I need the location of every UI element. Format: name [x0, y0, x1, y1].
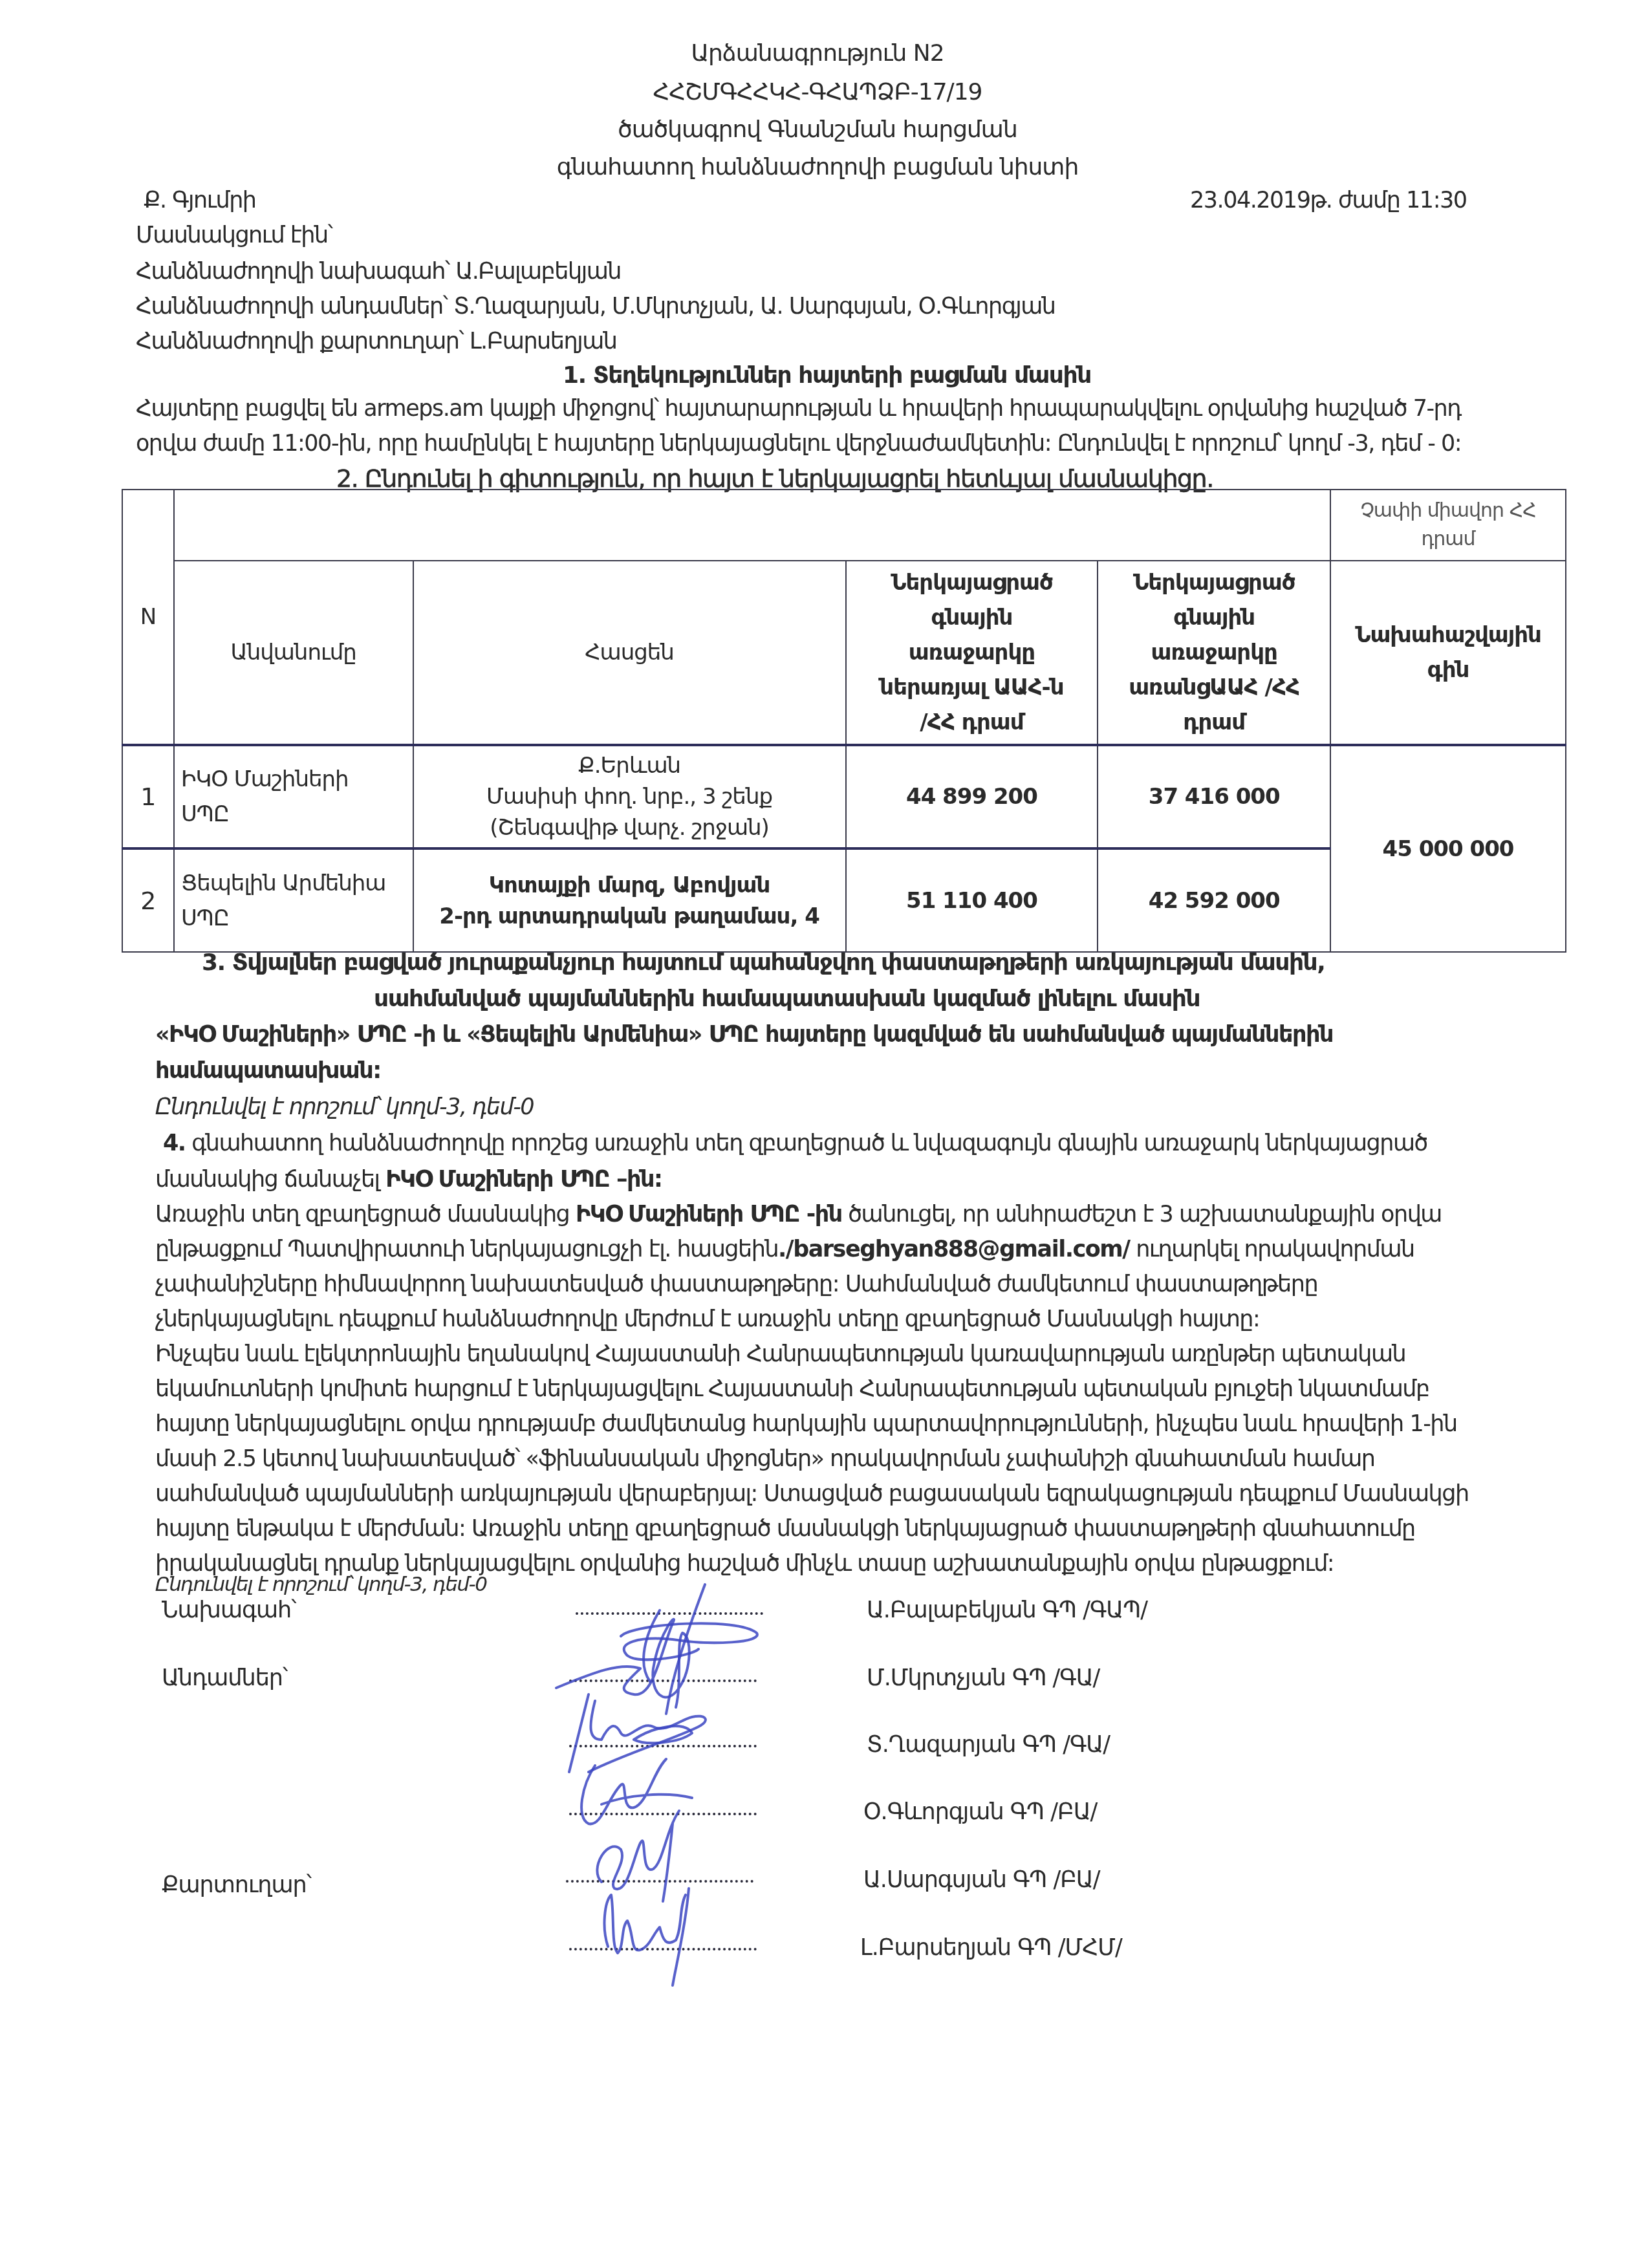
price-with-vat: 44 899 200 — [846, 745, 1098, 848]
participant-address-line: Կոտայքի մարզ, Աբովյան — [420, 870, 839, 901]
participants-intro: Մասնակցում էին՝ — [136, 222, 332, 248]
header-price-with-vat-line: /ՀՀ դրամ — [853, 705, 1091, 740]
section-4-line-5: չափանիշները հիմնավորող նախատեսված փաստաթ… — [155, 1271, 1317, 1297]
section-4-line-11: սահմանված պայմանների առկայության վերաբեր… — [155, 1481, 1469, 1507]
header-name: Անվանումը — [174, 561, 413, 745]
section-4-line-3-post: ծանուցել, որ անհրաժեշտ է 3 աշխատանքային … — [842, 1202, 1442, 1227]
signatory-name: Լ.Բարսեղյան ԳՊ /ՄՀՄ/ — [860, 1935, 1122, 1961]
header-price-with-vat-line: ներառյալ ԱԱՀ-ն — [853, 670, 1091, 705]
participant-address-line: (Շենգավիթ վարչ. շրջան) — [420, 812, 839, 843]
header-estimated-price: Նախահաշվային գին — [1330, 561, 1566, 745]
signatory-name: Օ.Գևորգյան ԳՊ /ԲԱ/ — [863, 1799, 1097, 1825]
participant-address-line: Մասիսի փող. նրբ., 3 շենք — [420, 781, 839, 812]
committee-members: Հանձնաժողովի անդամներ՝ Տ.Ղազարյան, Մ.Մկր… — [136, 294, 1055, 319]
section-3-heading-line-2: սահմանված պայմաններին համապատասխան կազմա… — [374, 986, 1200, 1012]
section-4-line-12: հայտը ենթակա է մերժման: Առաջին տեղը զբաղ… — [155, 1516, 1415, 1542]
committee-secretary: Հանձնաժողովի քարտուղար՝ Լ.Բարսեղյան — [136, 329, 616, 354]
section-4-line-4-post: ուղարկել որակավորման — [1130, 1237, 1414, 1262]
participant-address: Կոտայքի մարզ, Աբովյան 2-րդ արտադրական թա… — [413, 848, 846, 952]
section-1-heading: 1. Տեղեկություններ հայտերի բացման մասին — [563, 362, 1091, 389]
section-4-line-1-text: գնահատող հանձնաժողովը որոշեց առաջին տեղ … — [186, 1130, 1427, 1156]
signatory-name: Մ.Մկրտչյան ԳՊ /ԳԱ/ — [867, 1665, 1099, 1691]
participant-name: Ցեպելին Արմենիա ՍՊԸ — [174, 848, 413, 952]
header-price-with-vat: Ներկայացրած գնային առաջարկը ներառյալ ԱԱՀ… — [846, 561, 1098, 745]
section-4-line-4-pre: ընթացքում Պատվիրատուի ներկայացուցչի էլ. … — [155, 1237, 778, 1262]
header-price-without-vat-line: առանցԱԱՀ /ՀՀ — [1105, 670, 1323, 705]
winner-name: ԻԿՕ Մաշիների ՍՊԸ –ին: — [385, 1167, 662, 1193]
section-3-heading-line-1: 3. Տվյալներ բացված յուրաքանչյուր հայտում… — [202, 949, 1325, 976]
section-3-body-line-1: «ԻԿՕ Մաշիների» ՍՊԸ -ի և «Ցեպելին Արմենիա… — [155, 1022, 1333, 1048]
header-price-without-vat: Ներկայացրած գնային առաջարկը առանցԱԱՀ /ՀՀ… — [1098, 561, 1330, 745]
city: Ք. Գյումրի — [144, 188, 256, 213]
participant-name-line: ԻԿՕ Մաշիների — [181, 762, 406, 797]
unit-note-line-2: դրամ — [1337, 525, 1559, 554]
members-label: Անդամներ՝ — [162, 1665, 287, 1691]
document-subtitle-2: գնահատող հանձնաժողովի բացման նիստի — [0, 154, 1635, 180]
signatory-name: Ա.Բալաբեկյան ԳՊ /ԳԱՊ/ — [867, 1597, 1147, 1623]
header-estimated-price-line: Նախահաշվային — [1337, 618, 1559, 653]
bids-table: N Չափի միավոր ՀՀ դրամ Անվանումը Հասցեն Ն… — [122, 489, 1566, 953]
section-4-line-2-pre: մասնակից ճանաչել — [155, 1167, 385, 1193]
participant-name: ԻԿՕ Մաշիների ՍՊԸ — [174, 745, 413, 848]
document-subtitle-1: ծածկագրով Գնանշման հարցման — [0, 116, 1635, 143]
header-blank — [174, 490, 1330, 561]
document-title: Արձանագրություն N2 — [0, 40, 1635, 67]
section-4-line-3: Առաջին տեղ զբաղեցրած մասնակից ԻԿՕ Մաշինե… — [155, 1202, 1442, 1227]
section-4-line-1: 4. գնահատող հանձնաժողովը որոշեց առաջին տ… — [163, 1130, 1427, 1156]
section-4-line-2: մասնակից ճանաչել ԻԿՕ Մաշիների ՍՊԸ –ին: — [155, 1167, 662, 1193]
section-4-line-10: մասի 2.5 կետով նախատեսված՝ «ֆինանսական մ… — [155, 1446, 1375, 1472]
date-time: 23.04.2019թ. ժամը 11:30 — [1190, 188, 1466, 213]
price-with-vat: 51 110 400 — [846, 848, 1098, 952]
section-4-line-4: ընթացքում Պատվիրատուի ներկայացուցչի էլ. … — [155, 1237, 1414, 1262]
participant-name-line: ՍՊԸ — [181, 901, 406, 936]
section-4-line-3-pre: Առաջին տեղ զբաղեցրած մասնակից — [155, 1202, 576, 1227]
estimated-price: 45 000 000 — [1330, 745, 1566, 952]
section-4-line-8: եկամուտների կոմիտե հարցում է ներկայացվել… — [155, 1376, 1429, 1402]
contact-email-link[interactable]: ./barseghyan888@gmail.com/ — [778, 1237, 1129, 1262]
price-without-vat: 42 592 000 — [1098, 848, 1330, 952]
procurement-code: ՀՀՇՄԳՀՀԿՀ-ԳՀԱՊՁԲ-17/19 — [0, 79, 1635, 105]
header-price-with-vat-line: գնային — [853, 600, 1091, 635]
section-1-line-2: օրվա ժամը 11:00-ին, որը համընկել է հայտե… — [136, 431, 1461, 457]
section-3-vote: Ընդունվել է որոշում՝ կողմ-3, դեմ-0 — [155, 1094, 534, 1120]
header-address: Հասցեն — [413, 561, 846, 745]
header-price-with-vat-line: առաջարկը — [853, 635, 1091, 670]
signatory-name: Ա.Սարգսյան ԳՊ /ԲԱ/ — [863, 1867, 1099, 1893]
row-number: 2 — [122, 848, 174, 952]
header-price-without-vat-line: գնային — [1105, 600, 1323, 635]
header-estimated-price-line: գին — [1337, 653, 1559, 687]
header-price-without-vat-line: առաջարկը — [1105, 635, 1323, 670]
section-4-line-7: Ինչպես նաև էլեկտրոնային եղանակով Հայաստա… — [155, 1341, 1405, 1367]
participant-name-line: Ցեպելին Արմենիա — [181, 866, 406, 901]
signatory-name: Տ.Ղազարյան ԳՊ /ԳԱ/ — [867, 1732, 1110, 1758]
section-4-number: 4. — [163, 1130, 186, 1156]
secretary-label: Քարտուղար՝ — [162, 1872, 311, 1898]
header-n: N — [122, 490, 174, 745]
table-row: 1 ԻԿՕ Մաշիների ՍՊԸ Ք.Երևան Մասիսի փող. ն… — [122, 745, 1566, 848]
unit-note: Չափի միավոր ՀՀ դրամ — [1330, 490, 1566, 561]
section-4-line-9: հայտը ներկայացնելու օրվա դրությամբ ժամկե… — [155, 1411, 1457, 1437]
row-number: 1 — [122, 745, 174, 848]
price-without-vat: 37 416 000 — [1098, 745, 1330, 848]
unit-note-line-1: Չափի միավոր ՀՀ — [1337, 497, 1559, 525]
section-4-line-6: չներկայացնելու դեպքում հանձնաժողովը մերժ… — [155, 1306, 1259, 1332]
committee-chair: Հանձնաժողովի նախագահ՝ Ա.Բալաբեկյան — [136, 259, 621, 285]
signature-secretary-icon — [556, 1875, 750, 1979]
section-1-line-1: Հայտերը բացվել են armeps.am կայքի միջոցո… — [136, 396, 1461, 422]
winner-name-2: ԻԿՕ Մաշիների ՍՊԸ -ին — [576, 1202, 842, 1227]
header-price-with-vat-line: Ներկայացրած — [853, 565, 1091, 600]
section-3-body-line-2: համապատասխան: — [155, 1058, 381, 1084]
header-price-without-vat-line: դրամ — [1105, 705, 1323, 740]
participant-address-line: 2-րդ արտադրական թաղամաս, 4 — [420, 901, 839, 932]
section-4-vote: Ընդունվել է որոշում՝ կողմ-3, դեմ-0 — [155, 1573, 486, 1596]
chair-label: Նախագահ՝ — [162, 1597, 296, 1623]
participant-address-line: Ք.Երևան — [420, 750, 839, 781]
header-price-without-vat-line: Ներկայացրած — [1105, 565, 1323, 600]
participant-name-line: ՍՊԸ — [181, 797, 406, 832]
participant-address: Ք.Երևան Մասիսի փող. նրբ., 3 շենք (Շենգավ… — [413, 745, 846, 848]
